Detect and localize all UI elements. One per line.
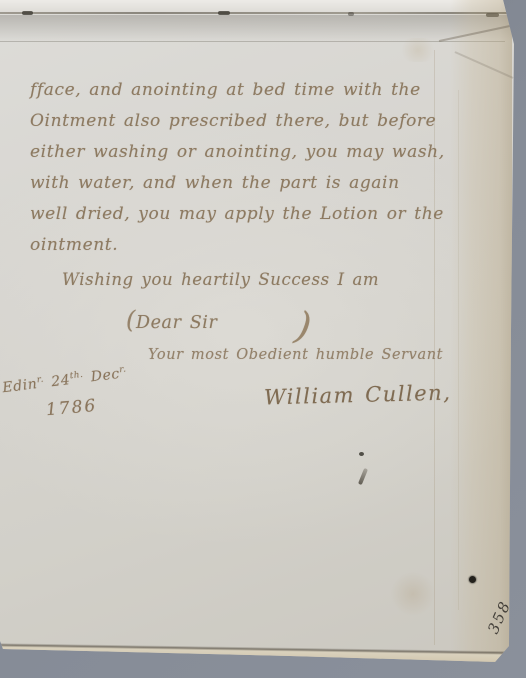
closing-wish: Wishing you heartily Success I am: [62, 270, 379, 289]
letter-line: well dried, you may apply the Lotion or …: [30, 204, 470, 235]
dateline-year: 1786: [45, 396, 98, 420]
dateline-day: 24: [43, 372, 71, 391]
dateline-day-sup: th.: [69, 370, 84, 382]
salutation-text: Dear Sir: [136, 313, 218, 333]
signature: William Cullen,: [264, 381, 452, 410]
hole-mark: [469, 576, 476, 583]
letter-line: Ointment also prescribed there, but befo…: [30, 111, 470, 142]
flourish-open: (: [126, 306, 136, 334]
crease-shadow: [0, 15, 512, 41]
dateline-month-sup: r.: [119, 364, 127, 375]
binding-crease-line: [0, 12, 512, 14]
ink-speck: [359, 452, 364, 456]
letter-line: either washing or anointing, you may was…: [30, 142, 470, 173]
letter-line: with water, and when the part is again: [30, 173, 470, 204]
valediction-line: Your most Obedient humble Servant: [148, 347, 443, 363]
flourish-close: ): [292, 303, 315, 349]
letter-line: fface, and anointing at bed time with th…: [30, 80, 470, 111]
water-stain: [390, 572, 436, 616]
top-page-edge: [0, 0, 512, 12]
letter-body: fface, and anointing at bed time with th…: [30, 80, 470, 266]
letter-page: fface, and anointing at bed time with th…: [0, 0, 526, 678]
ink-streak: [358, 468, 368, 485]
dateline: Edinr. 24th. Decr.: [1, 364, 127, 396]
dateline-place: Edin: [2, 376, 39, 396]
salutation-line: (Dear Sir: [126, 306, 217, 334]
water-stain: [398, 38, 438, 62]
bottom-page-edge-stack: [0, 643, 515, 671]
photograph-background: fface, and anointing at bed time with th…: [0, 0, 526, 678]
dateline-month: Dec: [83, 366, 121, 386]
letter-line: ointment.: [30, 235, 470, 266]
